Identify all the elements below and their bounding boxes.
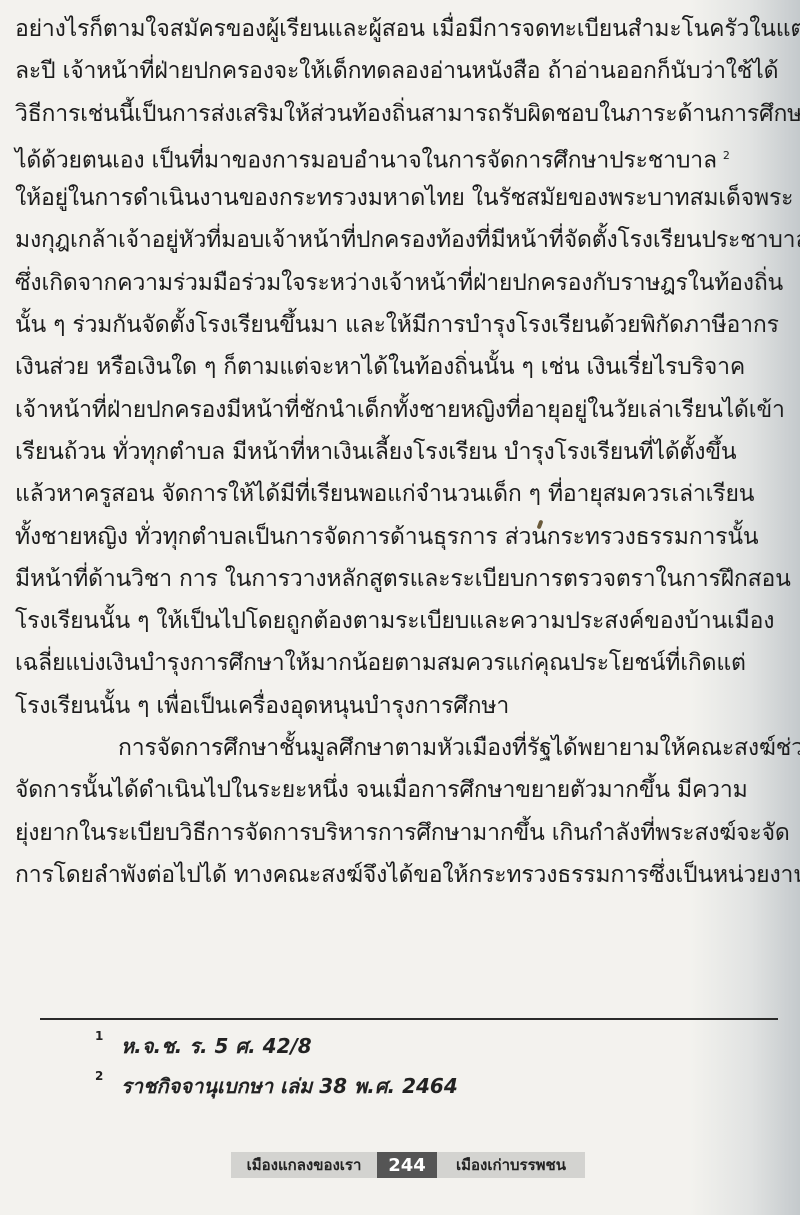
text-line: มงกุฎเกล้าเจ้าอยู่หัวที่มอบเจ้าหน้าที่ปก… — [15, 219, 800, 261]
text-line: ละปี เจ้าหน้าที่ฝ่ายปกครองจะให้เด็กทดลอง… — [15, 50, 800, 92]
text-line-content: ได้ด้วยตนเอง เป็นที่มาของการมอบอำนาจในกา… — [15, 148, 717, 174]
paragraph-first-line: การจัดการศึกษาชั้นมูลศึกษาตามหัวเมืองที่… — [15, 727, 800, 769]
footnote-number: 2 — [95, 1056, 103, 1096]
footnote-text: ห.จ.ช. ร. 5 ศ. 42/8 — [121, 1034, 312, 1058]
text-line: แล้วหาครูสอน จัดการให้ได้มีที่เรียนพอแก่… — [15, 473, 800, 515]
footnote-reference: 2 — [723, 149, 730, 162]
text-line: เจ้าหน้าที่ฝ่ายปกครองมีหน้าที่ชักนำเด็กท… — [15, 389, 800, 431]
text-line: ทั้งชายหญิง ทั่วทุกตำบลเป็นการจัดการด้าน… — [15, 516, 800, 558]
footnotes: 1 ห.จ.ช. ร. 5 ศ. 42/8 2 ราชกิจจานุเบกษา … — [95, 1026, 458, 1106]
text-line-with-footnote-ref: ได้ด้วยตนเอง เป็นที่มาของการมอบอำนาจในกา… — [15, 135, 800, 177]
footnote-number: 1 — [95, 1016, 103, 1056]
text-line: ให้อยู่ในการดำเนินงานของกระทรวงมหาดไทย ใ… — [15, 177, 800, 219]
footer-book-title: เมืองแกลงของเรา — [231, 1152, 377, 1178]
footnote-item: 2 ราชกิจจานุเบกษา เล่ม 38 พ.ศ. 2464 — [95, 1066, 458, 1106]
running-footer: เมืองแกลงของเรา 244 เมืองเก่าบรรพชน — [231, 1152, 585, 1178]
text-line: มีหน้าที่ด้านวิชา การ ในการวางหลักสูตรแล… — [15, 558, 800, 600]
footnote-text: ราชกิจจานุเบกษา เล่ม 38 พ.ศ. 2464 — [121, 1074, 458, 1098]
text-line: เรียนถ้วน ทั่วทุกตำบล มีหน้าที่หาเงินเลี… — [15, 431, 800, 473]
text-line: โรงเรียนนั้น ๆ เพื่อเป็นเครื่องอุดหนุนบำ… — [15, 685, 800, 727]
page-number: 244 — [377, 1152, 437, 1178]
footer-section-title: เมืองเก่าบรรพชน — [437, 1152, 585, 1178]
text-line: ยุ่งยากในระเบียบวิธีการจัดการบริหารการศึ… — [15, 812, 800, 854]
body-text: อย่างไรก็ตามใจสมัครของผู้เรียนและผู้สอน … — [15, 8, 800, 896]
text-line: เฉลี่ยแบ่งเงินบำรุงการศึกษาให้มากน้อยตาม… — [15, 642, 800, 684]
footnote-divider — [40, 1018, 778, 1020]
text-line: วิธีการเช่นนี้เป็นการส่งเสริมให้ส่วนท้อง… — [15, 93, 800, 135]
text-line: อย่างไรก็ตามใจสมัครของผู้เรียนและผู้สอน … — [15, 8, 800, 50]
text-line: นั้น ๆ ร่วมกันจัดตั้งโรงเรียนขึ้นมา และใ… — [15, 304, 800, 346]
text-line: โรงเรียนนั้น ๆ ให้เป็นไปโดยถูกต้องตามระเ… — [15, 600, 800, 642]
text-line: ซึ่งเกิดจากความร่วมมือร่วมใจระหว่างเจ้าห… — [15, 262, 800, 304]
text-line: การโดยลำพังต่อไปได้ ทางคณะสงฆ์จึงได้ขอให… — [15, 854, 800, 896]
text-line: จัดการนั้นได้ดำเนินไปในระยะหนึ่ง จนเมื่อ… — [15, 769, 800, 811]
text-line: เงินส่วย หรือเงินใด ๆ ก็ตามแต่จะหาได้ในท… — [15, 346, 800, 388]
footnote-item: 1 ห.จ.ช. ร. 5 ศ. 42/8 — [95, 1026, 458, 1066]
